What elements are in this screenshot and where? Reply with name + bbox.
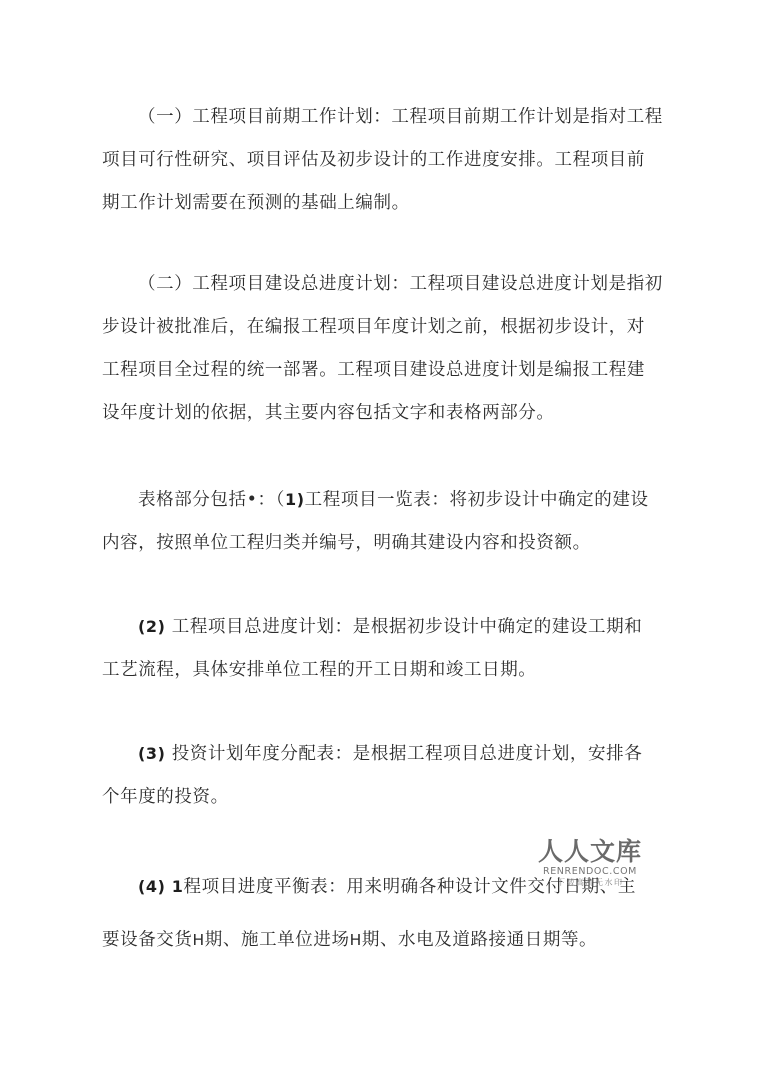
item2-line-2: 工艺流程，具体安排单位工程的开工日期和竣工日期。 [102, 659, 536, 681]
section2-line-3: 工程项目全过程的统一部署。工程项目建设总进度计划是编报工程建 [102, 359, 645, 381]
item4-number: (4) 1 [138, 877, 183, 896]
renrendoc-watermark: 人人文库 RENRENDOC.COM 下载高清无水印 [535, 838, 645, 888]
item4-line2-part-c: 期、水电及道路接通日期等。 [362, 930, 597, 950]
section2-line-4: 设年度计划的依据，其主要内容包括文字和表格两部分。 [102, 402, 555, 424]
watermark-domain: RENRENDOC.COM [535, 866, 645, 877]
item3-text: 投资计划年度分配表：是根据工程项目总进度计划，安排各 [166, 744, 643, 764]
item4-line2-part-b: 期、施工单位进场 [205, 930, 350, 950]
item3-line-1: (3) 投资计划年度分配表：是根据工程项目总进度计划，安排各 [138, 743, 642, 765]
section2-line-1: （二）工程项目建设总进度计划：工程项目建设总进度计划是指初 [138, 273, 663, 295]
table-parts-intro: 表格部分包括•：（ [138, 490, 285, 510]
watermark-note: 下载高清无水印 [535, 878, 645, 888]
item3-number: (3) [138, 744, 166, 763]
section2-line-2: 步设计被批准后，在编报工程项目年度计划之前，根据初步设计，对 [102, 316, 645, 338]
watermark-logo: 人人文库 [535, 838, 645, 866]
item1-number: 1) [285, 490, 305, 509]
table-parts-line-2: 内容，按照单位工程归类并编号，明确其建设内容和投资额。 [102, 532, 591, 554]
item2-line-1: (2) 工程项目总进度计划：是根据初步设计中确定的建设工期和 [138, 616, 642, 638]
item4-line2-h1: H [193, 931, 205, 949]
item1-text: 工程项目一览表：将初步设计中确定的建设 [305, 490, 649, 510]
item4-line-2: 要设备交货H期、施工单位进场H期、水电及道路接通日期等。 [102, 929, 597, 951]
section1-line-2: 项目可行性研究、项目评估及初步设计的工作进度安排。工程项目前 [102, 149, 645, 171]
item2-number: (2) [138, 617, 166, 636]
item2-text: 工程项目总进度计划：是根据初步设计中确定的建设工期和 [166, 617, 643, 637]
table-parts-line-1: 表格部分包括•：（1)工程项目一览表：将初步设计中确定的建设 [138, 489, 649, 511]
item4-line2-part-a: 要设备交货 [102, 930, 193, 950]
section1-line-3: 期工作计划需要在预测的基础上编制。 [102, 192, 410, 214]
item4-line2-h2: H [350, 931, 362, 949]
document-page: （一）工程项目前期工作计划：工程项目前期工作计划是指对工程 项目可行性研究、项目… [0, 0, 763, 1080]
section1-line-1: （一）工程项目前期工作计划：工程项目前期工作计划是指对工程 [138, 106, 663, 128]
item3-line-2: 个年度的投资。 [102, 786, 229, 808]
